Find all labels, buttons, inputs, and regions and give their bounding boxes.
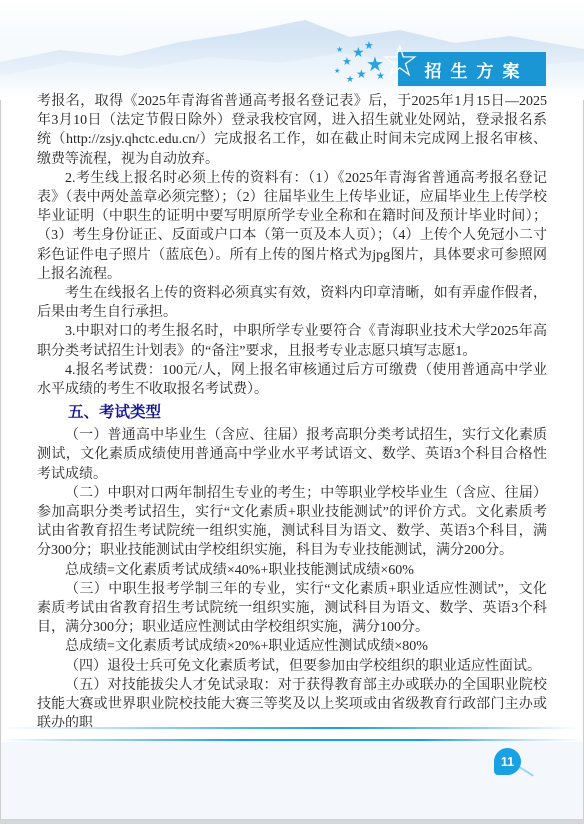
star-icon: ★ <box>342 56 352 67</box>
formula-line: 总成绩=文化素质考试成绩×20%+职业适应性测试成绩×80% <box>37 637 547 656</box>
page-number-badge: 11 <box>494 748 521 775</box>
paragraph: 考报名，取得《2025年青海省普通高考报名登记表》后，于2025年1月15日—2… <box>37 92 547 169</box>
document-body: 考报名，取得《2025年青海省普通高考报名登记表》后，于2025年1月15日—2… <box>37 92 547 734</box>
paragraph: （三）中职生报考学制三年的专业，实行“文化素质+职业适应性测试”，文化素质考试由… <box>37 580 547 638</box>
page-number: 11 <box>501 755 514 769</box>
star-icon: ★ <box>346 76 354 85</box>
paragraph: （一）普通高中毕业生（含应、往届）报考高职分类考试招生，实行文化素质测试，文化素… <box>37 426 547 484</box>
star-icon: ★ <box>364 40 374 51</box>
paragraph: 2.考生线上报名时必须上传的资料有：（1）《2025年青海省普通高考报名登记表》… <box>37 169 547 284</box>
paragraph: 3.中职对口的考生报名时，中职所学专业要符合《青海职业技术大学2025年高职分类… <box>37 322 547 360</box>
banner-title: 招生方案 <box>416 57 529 82</box>
section-banner: 招生方案 <box>398 52 546 86</box>
footer-rule-top <box>0 727 584 729</box>
paragraph: 4.报名考试费：100元/人，网上报名审核通过后方可缴费（使用普通高中学业水平成… <box>37 361 547 399</box>
page-bottom-edge <box>0 819 584 824</box>
star-icon: ★ <box>336 46 343 54</box>
paragraph: （二）中职对口两年制招生专业的考生；中等职业学校毕业生（含应、往届）参加高职分类… <box>37 484 547 561</box>
banner-area: ★ ★ ★ ★ ★ ★ ★ ★ ★ ☆ 招生方案 <box>336 44 548 94</box>
star-outline-icon: ☆ <box>380 40 419 84</box>
section-heading: 五、考试类型 <box>37 403 547 423</box>
star-icon: ★ <box>334 68 340 75</box>
paragraph: （五）对技能拔尖人才免试录取：对于获得教育部主办或联办的全国职业院校技能大赛或世… <box>37 676 547 734</box>
paragraph: 考生在线报名上传的资料必须真实有效，资料内印章清晰，如有弄虚作假者，后果由考生自… <box>37 284 547 322</box>
formula-line: 总成绩=文化素质考试成绩×40%+职业技能测试成绩×60% <box>37 561 547 580</box>
document-page: ★ ★ ★ ★ ★ ★ ★ ★ ★ ☆ 招生方案 考报名，取得《2025年青海省… <box>0 0 584 824</box>
footer-rule-bottom <box>0 739 584 741</box>
paragraph: （四）退役士兵可免文化素质考试，但要参加由学校组织的职业适应性面试。 <box>37 657 547 676</box>
star-icon: ★ <box>352 46 365 60</box>
